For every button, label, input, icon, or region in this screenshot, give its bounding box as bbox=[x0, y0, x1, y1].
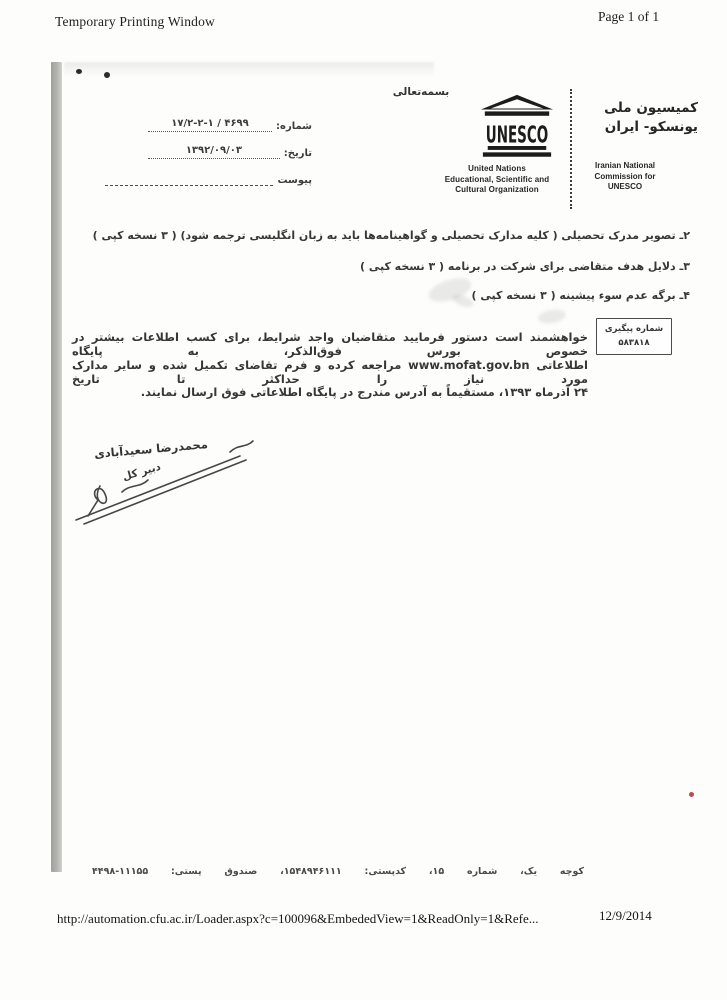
commission-name-en: Iranian National Commission for UNESCO bbox=[580, 161, 670, 193]
field-date: تاریخ: ۱۳۹۲/۰۹/۰۳ bbox=[148, 145, 312, 159]
unesco-logo-letters: UNESCO bbox=[486, 121, 548, 149]
staple-mark bbox=[104, 72, 110, 78]
paragraph-line: اطلاعاتی www.mofat.gov.bn مراجعه کرده و … bbox=[72, 358, 588, 386]
body-paragraph: خواهشمند است دستور فرمایید متقاضیان واجد… bbox=[72, 330, 588, 413]
paragraph-line: خواهشمند است دستور فرمایید متقاضیان واجد… bbox=[72, 330, 588, 358]
signature-block: محمدرضا سعیدآبادی دبیر کل bbox=[70, 430, 270, 525]
attachment-label: پیوست bbox=[277, 175, 312, 186]
field-attachment: پیوست bbox=[105, 172, 312, 186]
commission-en-line: Commission for bbox=[580, 172, 670, 183]
letterhead-dotted-divider bbox=[570, 89, 572, 209]
unesco-logo-block: UNESCO bbox=[478, 94, 558, 164]
tracking-number-box: شماره پیگیری ۵۸۳۸۱۸ bbox=[596, 318, 672, 355]
requirement-item: ۴ـ برگه عدم سوء پیشینه ( ۳ نسخه کپی ) bbox=[472, 289, 690, 302]
requirement-item: ۳ـ دلایل هدف متقاضی برای شرکت در برنامه … bbox=[360, 260, 690, 273]
staple-mark bbox=[76, 69, 82, 74]
requirement-item: ۲ـ تصویر مدرک تحصیلی ( کلیه مدارک تحصیلی… bbox=[93, 229, 690, 242]
pencil-smudge bbox=[537, 308, 567, 326]
scan-shadow bbox=[64, 62, 434, 77]
paragraph-line: ۲۴ آذرماه ۱۳۹۳، مستقیماً به آدرس مندرج د… bbox=[72, 385, 588, 413]
scan-edge-band bbox=[51, 62, 62, 872]
unesco-caption-line: Educational, Scientific and bbox=[432, 175, 562, 186]
address-line: کوچه یک، شماره ۱۵، کدپستی: ۱۵۴۸۹۴۶۱۱۱، ص… bbox=[92, 866, 584, 879]
attachment-value bbox=[105, 172, 273, 186]
commission-name-fa: کمیسیون ملی یونسکو- ایران bbox=[582, 99, 698, 137]
print-date: 12/9/2014 bbox=[599, 908, 652, 924]
commission-fa-line: کمیسیون ملی bbox=[582, 99, 698, 118]
commission-fa-line: یونسکو- ایران bbox=[582, 118, 698, 137]
unesco-caption-line: Cultural Organization bbox=[432, 185, 562, 196]
field-number: شماره: ۱۷/۲-۲-۱ / ۴۶۹۹ bbox=[148, 118, 312, 132]
date-label: تاریخ: bbox=[284, 148, 312, 159]
unesco-caption-line: United Nations bbox=[432, 164, 562, 175]
window-title: Temporary Printing Window bbox=[55, 14, 215, 30]
print-source-url: http://automation.cfu.ac.ir/Loader.aspx?… bbox=[57, 911, 539, 927]
unesco-caption: United Nations Educational, Scientific a… bbox=[432, 164, 562, 196]
commission-en-line: UNESCO bbox=[580, 182, 670, 193]
tracking-label: شماره پیگیری bbox=[599, 322, 669, 336]
red-ink-dot bbox=[689, 792, 694, 797]
number-value: ۱۷/۲-۲-۱ / ۴۶۹۹ bbox=[148, 118, 272, 132]
unesco-temple-icon: UNESCO bbox=[478, 94, 556, 160]
page-indicator: Page 1 of 1 bbox=[598, 9, 659, 25]
date-value: ۱۳۹۲/۰۹/۰۳ bbox=[148, 145, 280, 159]
commission-en-line: Iranian National bbox=[580, 161, 670, 172]
tracking-number: ۵۸۳۸۱۸ bbox=[599, 336, 669, 350]
besmellah-text: بسمه‌تعالی bbox=[386, 86, 456, 98]
number-label: شماره: bbox=[276, 121, 312, 132]
